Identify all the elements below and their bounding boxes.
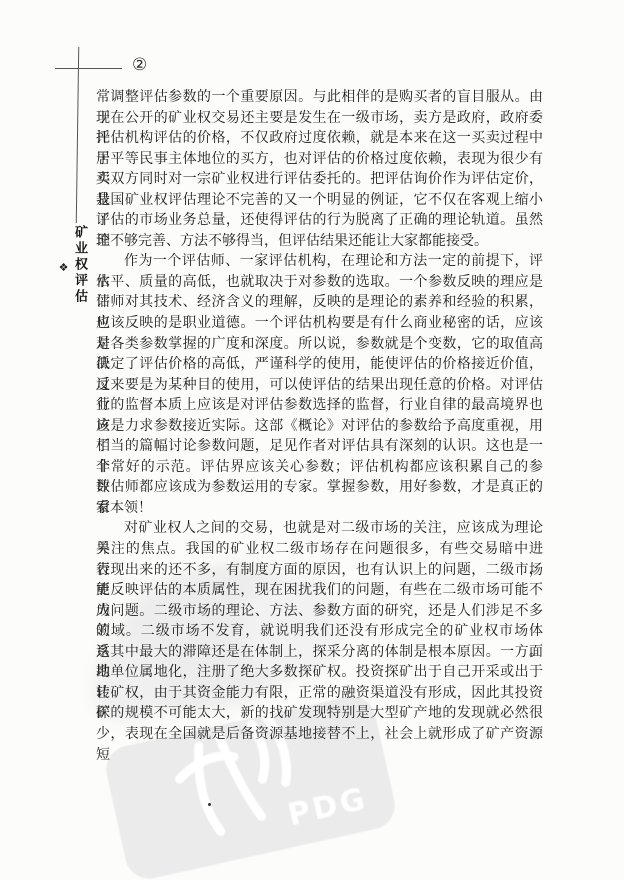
text-line: 过来要是为某种目的使用，可以使评估的结果出现任意的价格。对评估行: [96, 375, 543, 396]
text-line: 该是力求参数接近实际。这部《概论》对评估的参数给予高度重视，用了: [96, 416, 543, 437]
text-line: 水平、质量的高低，也就取决于对参数的选取。一个参数反映的理应是评: [96, 272, 543, 293]
text-line: 常调整评估参数的一个重要原因。与此相伴的是购买者的盲目服从。由于: [96, 87, 543, 108]
text-line: 关注的焦点。我国的矿业权二级市场存在问题很多，有些交易暗中进行，: [96, 539, 543, 560]
text-line: 于平等民事主体地位的买方，也对评估的价格过度依赖，表现为很少有买: [96, 149, 543, 170]
text-line: 估师对其技术、经济含义的理解，反映的是理论的素养和经验的积累，也: [96, 292, 543, 313]
text-line: 现在公开的矿业权交易还主要是发生在一级市场，卖方是政府，政府委托: [96, 108, 543, 129]
text-line: 决定了评估价格的高低，严谨科学的使用，能使评估的价格接近价值，反: [96, 354, 543, 375]
margin-title: 矿业权评估 ❖: [57, 225, 89, 305]
text-line: 让矿权，由于其资金能力有限，正常的融资渠道没有形成，因此其投资探: [96, 683, 543, 704]
text-line: 相当的篇幅讨论参数问题，足见作者对评估具有深刻的认识。这也是一个: [96, 436, 543, 457]
text-line: 为问题。二级市场的理论、方法、参数方面的研究，还是人们涉足不多的: [96, 601, 543, 622]
scan-speck: [208, 803, 211, 806]
scanned-book-page: ② 矿业权评估 ❖ 常调整评估参数的一个重要原因。与此相伴的是购买者的盲目服从。…: [0, 0, 624, 880]
margin-title-text: 矿业权评估: [70, 225, 89, 305]
text-line: 作为一个评估师、一家评估机构，在理论和方法一定的前提下，评估: [96, 251, 543, 272]
ornament-icon: ❖: [57, 261, 70, 274]
text-line: 家本领！: [96, 498, 543, 519]
text-line: 矿的规模不可能太大，新的找矿发现特别是大型矿产地的发现就必然很: [96, 703, 543, 724]
text-line: 非常好的示范。评估界应该关心参数；评估机构都应该积累自己的参数；: [96, 457, 543, 478]
text-line: 少，表现在全国就是后备资源基地接替不上，社会上就形成了矿产资源短: [96, 724, 543, 745]
text-line: 评估的市场业务总量，还使得评估的行为脱离了正确的理论轨道。虽然理: [96, 210, 543, 231]
text-line: 领域。二级市场不发育，就说明我们还没有形成完全的矿业权市场体系。: [96, 621, 543, 642]
text-line: 我国矿业权评估理论不完善的又一个明显的例证，它不仅在客观上缩小了: [96, 190, 543, 211]
text-line: 能反映评估的本质属性，现在困扰我们的问题，有些在二级市场可能不成: [96, 580, 543, 601]
footnote-marker: ②: [132, 57, 147, 74]
text-line: 论不够完善、方法不够得当，但评估结果还能让大家都能接受。: [96, 231, 543, 252]
text-line: 对各类参数掌握的广度和深度。所以说，参数就是个变数，它的取值高低: [96, 334, 543, 355]
text-line: 应该反映的是职业道德。一个评估机构要是有什么商业秘密的话，应该是: [96, 313, 543, 334]
text-line: 卖双方同时对一宗矿业权进行评估委托的。把评估询价作为评估定价，是: [96, 169, 543, 190]
text-line: 勘单位属地化，注册了绝大多数探矿权。投资探矿出于自己开采或出于转: [96, 662, 543, 683]
body-text: 常调整评估参数的一个重要原因。与此相伴的是购买者的盲目服从。由于现在公开的矿业权…: [96, 87, 543, 745]
registration-mark-vertical: [76, 47, 80, 223]
text-line: 评估机构评估的价格，不仅政府过度依赖，就是本来在这一买卖过程中居: [96, 128, 543, 149]
text-line: 这其中最大的滞障还是在体制上，探采分离的体制是根本原因。一方面地: [96, 642, 543, 663]
text-line: 评估师都应该成为参数运用的专家。掌握参数，用好参数，才是真正的看: [96, 477, 543, 498]
registration-mark-horizontal: [55, 68, 122, 69]
text-line: 表现出来的还不多，有制度方面的原因，也有认识上的问题，二级市场更: [96, 560, 543, 581]
text-line: 对矿业权人之间的交易，也就是对二级市场的关注，应该成为理论界: [96, 518, 543, 539]
text-line: 业的监督本质上应该是对评估参数选择的监督，行业自律的最高境界也应: [96, 395, 543, 416]
